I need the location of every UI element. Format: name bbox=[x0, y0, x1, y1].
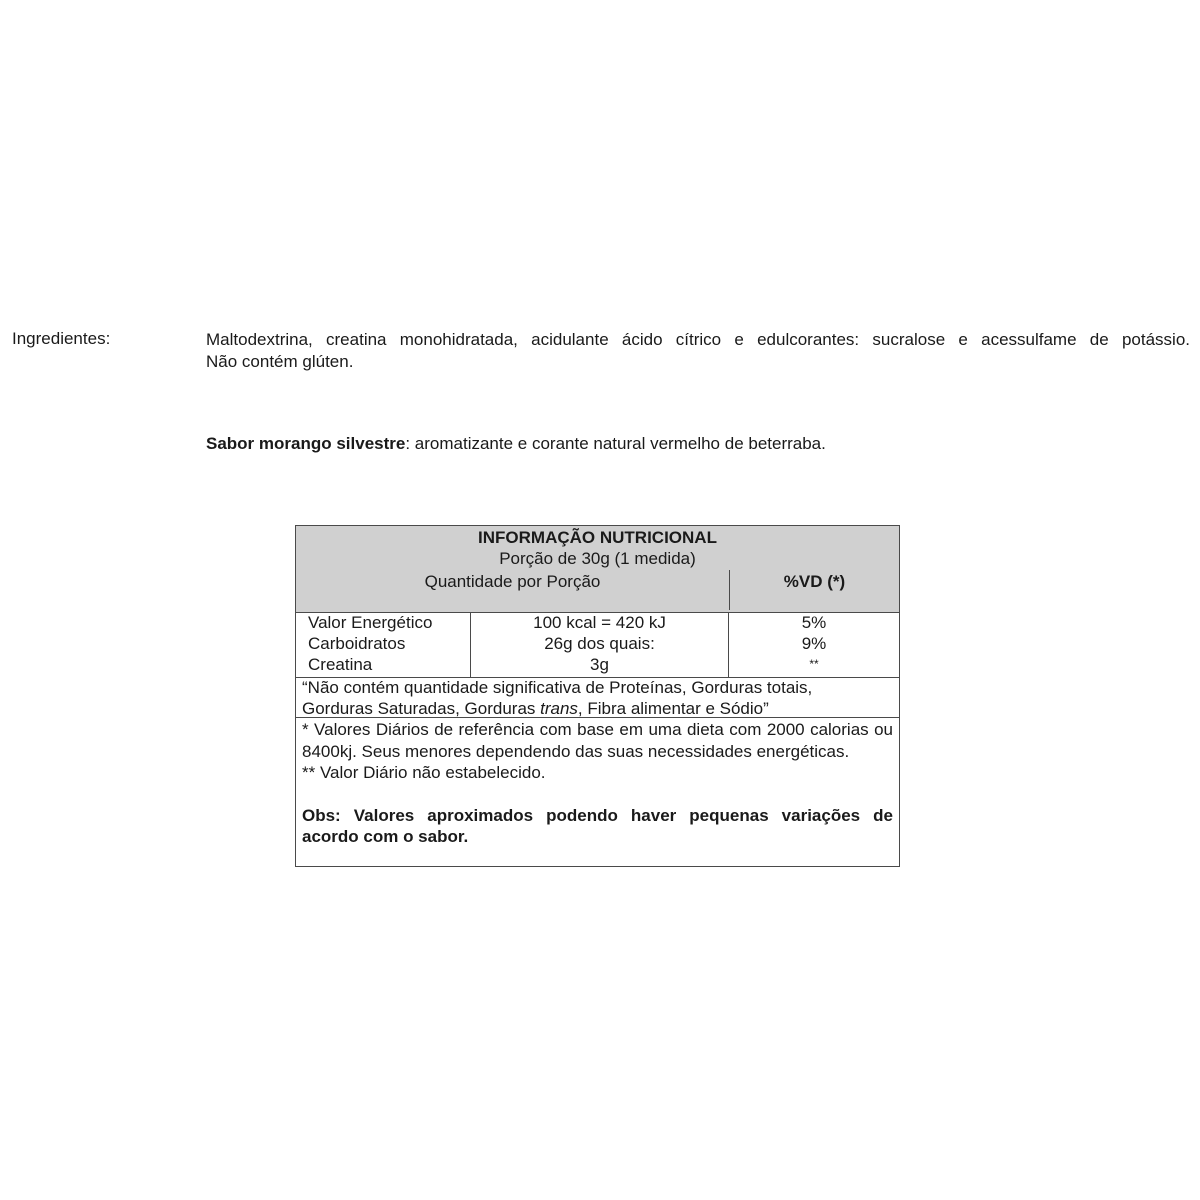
nutrition-table: INFORMAÇÃO NUTRICIONAL Porção de 30g (1 … bbox=[295, 525, 900, 867]
note-italic: trans bbox=[540, 699, 578, 718]
flavor-line: Sabor morango silvestre: aromatizante e … bbox=[206, 434, 826, 454]
nutrient-names: Valor Energético Carboidratos Creatina bbox=[296, 612, 471, 677]
note-text: Gorduras Saturadas, Gorduras bbox=[302, 699, 540, 718]
footnotes: * Valores Diários de referência com base… bbox=[296, 717, 899, 848]
observation-note: Obs: Valores aproximados podendo haver p… bbox=[302, 805, 893, 848]
nutrient-name: Valor Energético bbox=[308, 612, 470, 633]
nutrient-amount: 3g bbox=[471, 654, 728, 675]
not-significant-line-1: “Não contém quantidade significativa de … bbox=[302, 677, 893, 698]
nutrient-amounts: 100 kcal = 420 kJ 26g dos quais: 3g bbox=[471, 612, 729, 677]
nutrition-header: INFORMAÇÃO NUTRICIONAL Porção de 30g (1 … bbox=[296, 526, 899, 571]
footnote-daily-values: * Valores Diários de referência com base… bbox=[302, 719, 893, 762]
nutrient-vd: 5% 9% ** bbox=[729, 612, 899, 677]
footnote-not-established: ** Valor Diário não estabelecido. bbox=[302, 762, 893, 784]
ingredients-label: Ingredientes: bbox=[12, 329, 110, 349]
ingredients-line-1: Maltodextrina, creatina monohidratada, a… bbox=[206, 329, 1190, 351]
ingredients-line-2: Não contém glúten. bbox=[206, 352, 353, 371]
nutrient-name: Carboidratos bbox=[308, 633, 470, 654]
nutrient-rows: Valor Energético Carboidratos Creatina 1… bbox=[296, 612, 899, 678]
not-significant-note: “Não contém quantidade significativa de … bbox=[296, 677, 899, 718]
nutrient-amount: 100 kcal = 420 kJ bbox=[471, 612, 728, 633]
nutrient-amount: 26g dos quais: bbox=[471, 633, 728, 654]
nutrient-vd-value: 5% bbox=[729, 612, 899, 633]
flavor-description: : aromatizante e corante natural vermelh… bbox=[405, 434, 826, 453]
not-significant-line-2: Gorduras Saturadas, Gorduras trans, Fibr… bbox=[302, 698, 893, 719]
quantity-header: Quantidade por Porção bbox=[296, 572, 729, 592]
flavor-name: Sabor morango silvestre bbox=[206, 434, 405, 453]
nutrient-name: Creatina bbox=[308, 654, 470, 675]
column-headers: Quantidade por Porção %VD (*) bbox=[296, 570, 899, 613]
vd-header: %VD (*) bbox=[729, 570, 899, 610]
serving-size: Porção de 30g (1 medida) bbox=[499, 549, 696, 568]
nutrient-vd-value: ** bbox=[729, 654, 899, 675]
ingredients-text: Maltodextrina, creatina monohidratada, a… bbox=[206, 329, 1190, 373]
nutrition-title: INFORMAÇÃO NUTRICIONAL bbox=[296, 527, 899, 548]
nutrient-vd-value: 9% bbox=[729, 633, 899, 654]
note-text: , Fibra alimentar e Sódio” bbox=[578, 699, 769, 718]
